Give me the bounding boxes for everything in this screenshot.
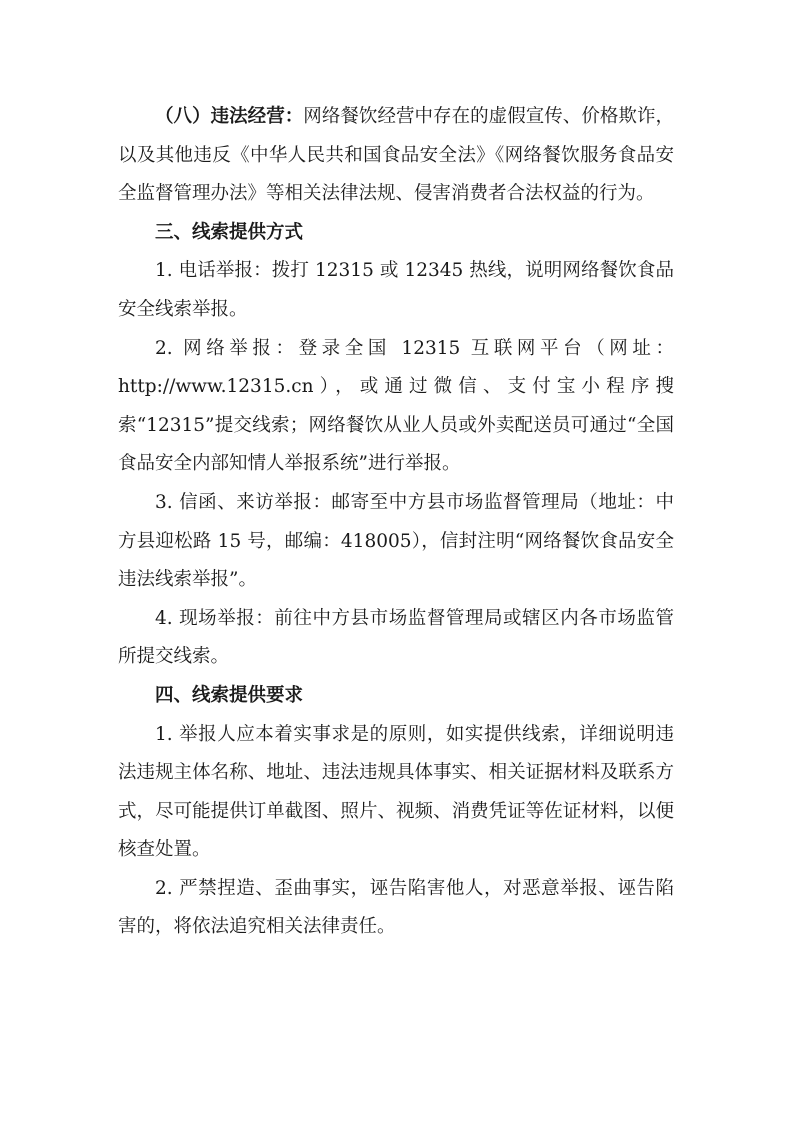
method-online: 2. 网络举报：登录全国 12315 互联网平台（网址：http://www.1…	[118, 330, 674, 484]
method-mail-visit: 3. 信函、来访举报：邮寄至中方县市场监督管理局（地址：中方县迎松路 15 号，…	[118, 484, 674, 600]
requirement-truthful: 1. 举报人应本着实事求是的原则，如实提供线索，详细说明违法违规主体名称、地址、…	[118, 716, 674, 870]
section-heading-requirements: 四、线索提供要求	[118, 677, 674, 716]
requirement-no-false-accusation: 2. 严禁捏造、歪曲事实，诬告陷害他人，对恶意举报、诬告陷害的，将依法追究相关法…	[118, 870, 674, 947]
section-heading-reporting-methods: 三、线索提供方式	[118, 214, 674, 253]
paragraph-illegal-operation: （八）违法经营：网络餐饮经营中存在的虚假宣传、价格欺诈，以及其他违反《中华人民共…	[118, 98, 674, 214]
method-onsite: 4. 现场举报：前往中方县市场监督管理局或辖区内各市场监管所提交线索。	[118, 600, 674, 677]
method-online-rest: http://www.12315.cn），或通过微信、支付宝小程序搜索“1231…	[118, 368, 674, 484]
document-page: （八）违法经营：网络餐饮经营中存在的虚假宣传、价格欺诈，以及其他违反《中华人民共…	[118, 98, 674, 947]
paragraph-lead-label: （八）违法经营：	[155, 106, 303, 127]
method-online-line1: 2. 网络举报：登录全国 12315 互联网平台（网址：	[118, 330, 674, 369]
method-phone: 1. 电话举报：拨打 12315 或 12345 热线，说明网络餐饮食品安全线索…	[118, 252, 674, 329]
